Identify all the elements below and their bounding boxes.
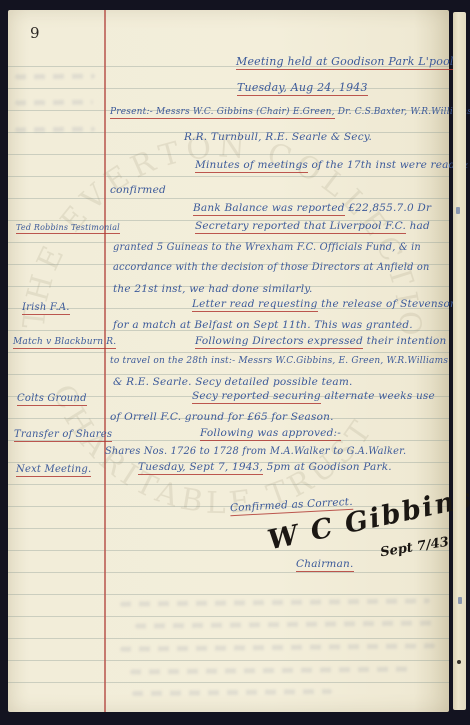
shares-line1: Following was approved:- [200, 428, 341, 440]
blackburn-line1: Following Directors expressed their inte… [195, 336, 446, 348]
edge-speck [457, 660, 461, 664]
margin-label-testimonial: Ted Robbins Testimonial [16, 224, 120, 233]
meeting-heading-line2: Tuesday, Aug 24, 1943 [237, 82, 368, 94]
margin-label-colts-ground: Colts Ground [17, 393, 87, 404]
testimonial-line2: granted 5 Guineas to the Wrexham F.C. Of… [113, 243, 421, 254]
bleedthrough-ghost [15, 74, 95, 80]
next-meeting-line: Tuesday, Sept 7, 1943, 5pm at Goodison P… [138, 462, 392, 474]
margin-rule-line [104, 10, 106, 712]
present-line2: R.R. Turnbull, R.E. Searle & Secy. [184, 132, 372, 144]
margin-label-irish-fa: Irish F.A. [22, 302, 70, 313]
bleedthrough-ghost [15, 127, 95, 133]
margin-label-next-meeting: Next Meeting. [16, 464, 91, 475]
margin-label-blackburn: Match v Blackburn R. [13, 338, 116, 348]
present-line1: Present:- Messrs W.C. Gibbins (Chair) E.… [110, 108, 470, 118]
minutes-line2: confirmed [110, 185, 166, 197]
blackburn-line2: to travel on the 28th inst:- Messrs W.C.… [110, 357, 448, 367]
irish-fa-line1: Letter read requesting the release of St… [192, 299, 457, 311]
minutes-line1: Minutes of meetings of the 17th inst wer… [195, 160, 469, 172]
next-page-edge [453, 12, 466, 710]
bleedthrough-ghost [15, 100, 93, 106]
bank-balance-line: Bank Balance was reported £22,855.7.0 Dr [193, 203, 431, 215]
testimonial-line1: Secretary reported that Liverpool F.C. h… [195, 221, 430, 233]
shares-line2: Shares Nos. 1726 to 1728 from M.A.Walker… [105, 447, 406, 458]
edge-ink-mark [456, 207, 460, 214]
blackburn-line3: & R.E. Searle. Secy detailed possible te… [113, 377, 353, 389]
testimonial-line4: the 21st inst, we had done similarly. [113, 284, 313, 296]
minute-book-photo: THE EVERTON COLLECTION CHARITABLE TRUST … [0, 0, 470, 725]
page-number: 9 [30, 24, 40, 42]
colts-ground-line2: of Orrell F.C. ground for £65 for Season… [110, 412, 334, 424]
edge-ink-mark [458, 597, 462, 604]
testimonial-line3: accordance with the decision of those Di… [113, 263, 430, 274]
meeting-heading-line1: Meeting held at Goodison Park L'pool [236, 56, 454, 68]
colts-ground-line1: Secy reported securing alternate weeks u… [192, 391, 435, 403]
chairman-role-label: Chairman. [296, 559, 354, 571]
irish-fa-line2: for a match at Belfast on Sept 11th. Thi… [113, 320, 413, 332]
margin-label-transfer-shares: Transfer of Shares [14, 429, 112, 440]
